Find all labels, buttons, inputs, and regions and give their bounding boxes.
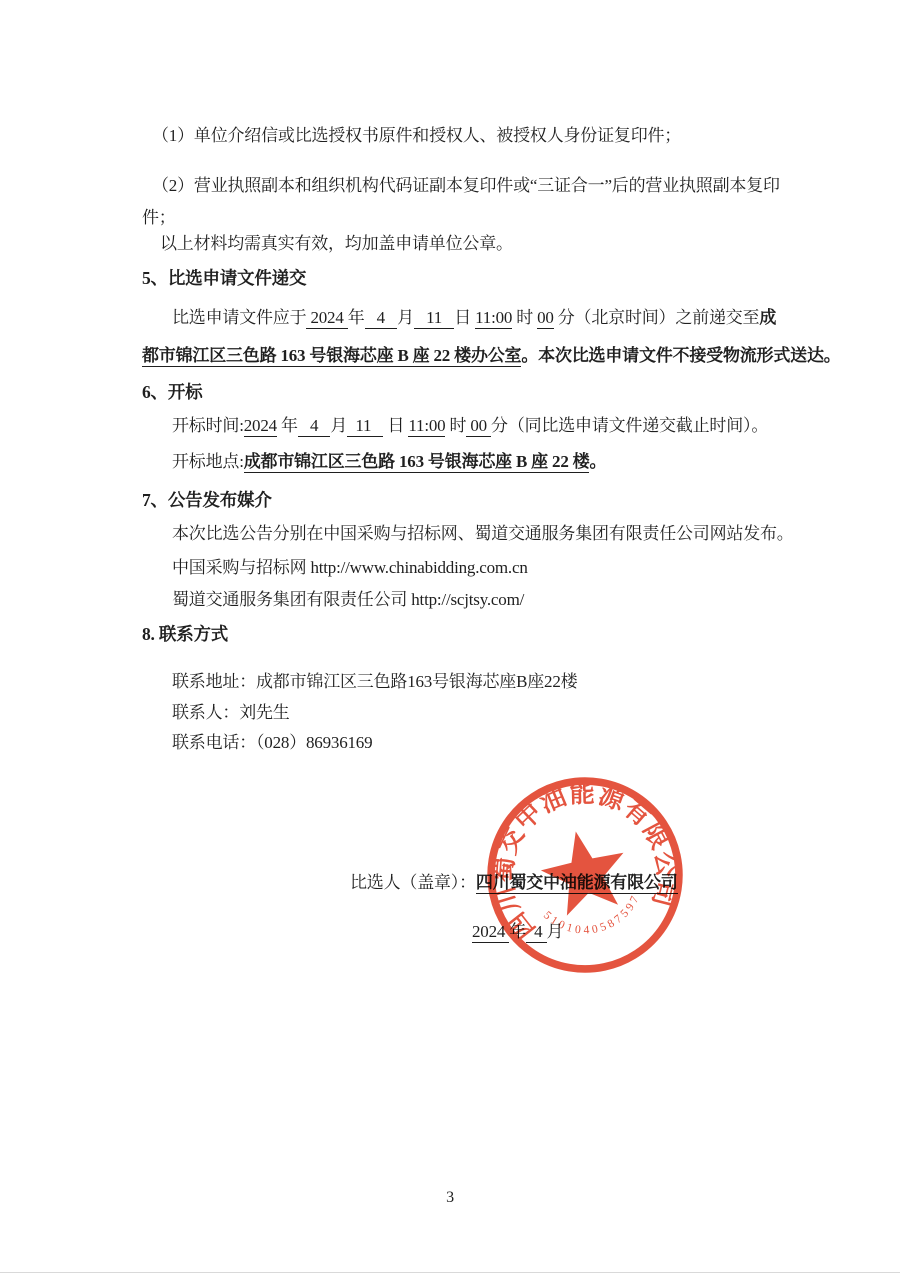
seal-number-text: 5101040587597 [539, 889, 648, 946]
text-segment: 开标地点: [172, 452, 244, 471]
text-segment: 分（同比选申请文件递交截止时间）。 [491, 416, 768, 435]
contact-person-line: 联系人：刘先生 [172, 701, 290, 725]
svg-text:5101040587597: 5101040587597 [539, 889, 648, 946]
text-segment: 年 [348, 308, 365, 327]
section-5-heading: 5、比选申请文件递交 [142, 266, 306, 290]
text-segment: 4 [365, 308, 398, 329]
text-segment: 比选申请文件应于 [172, 308, 306, 327]
text-segment: 联系地址：成都市锦江区三色路163号银海芯座B座22楼 [172, 672, 577, 691]
text-segment: 11:00 [408, 416, 445, 437]
text-segment: 11 [414, 308, 454, 329]
text-segment: 00 [466, 416, 491, 437]
text-segment: 联系人：刘先生 [172, 703, 290, 722]
document-page: （1）单位介绍信或比选授权书原件和授权人、被授权人身份证复印件； （2）营业执照… [0, 0, 900, 1273]
text-segment: （1）单位介绍信或比选授权书原件和授权人、被授权人身份证复印件； [152, 126, 681, 145]
contact-phone-line: 联系电话：（028）86936169 [172, 731, 372, 755]
text-segment: 成都市锦江区三色路 163 号银海芯座 B 座 22 楼 [244, 452, 590, 473]
text-segment: 4 [298, 416, 331, 437]
text-segment: 时 [512, 308, 537, 327]
bid-opening-place-line: 开标地点:成都市锦江区三色路 163 号银海芯座 B 座 22 楼。 [172, 450, 606, 474]
text-segment: 11:00 [475, 308, 512, 329]
contact-address-line: 联系地址：成都市锦江区三色路163号银海芯座B座22楼 [172, 670, 577, 694]
text-segment: 时 [445, 416, 466, 435]
text-segment: 本次比选申请文件不接受物流形式送达。 [538, 346, 840, 365]
text-segment: 日 [383, 416, 408, 435]
chinabidding-url-line: 中国采购与招标网 http://www.chinabidding.com.cn [172, 556, 528, 580]
bid-opening-time-line: 开标时间:2024 年 4 月 11 日 11:00 时 00 分（同比选申请文… [172, 414, 768, 438]
announcement-media-line: 本次比选公告分别在中国采购与招标网、蜀道交通服务集团有限责任公司网站发布。 [172, 522, 794, 546]
text-segment: 以上材料均需真实有效，均加盖申请单位公章。 [160, 234, 513, 253]
text-segment: 比选人（盖章）： [350, 873, 476, 892]
scjtsy-url-line: 蜀道交通服务集团有限责任公司 http://scjtsy.com/ [172, 588, 524, 612]
page-number: 3 [0, 1186, 900, 1210]
text-segment: 月 [330, 416, 347, 435]
company-seal: 四川蜀交中油能源有限公司 5101040587597 [484, 774, 686, 976]
section-5-para-line-2: 都市锦江区三色路 163 号银海芯座 B 座 22 楼办公室。本次比选申请文件不… [142, 344, 841, 368]
text-segment: 开标时间: [172, 416, 244, 435]
clause-item-2-line-2: 件； [142, 206, 176, 230]
section-7-heading: 7、公告发布媒介 [142, 488, 272, 512]
clause-note: 以上材料均需真实有效，均加盖申请单位公章。 [160, 232, 513, 256]
section-8-heading: 8. 联系方式 [142, 622, 228, 646]
text-segment: 联系电话：（028）86936169 [172, 733, 372, 752]
section-5-para-line-1: 比选申请文件应于 2024 年 4 月 11 日 11:00 时 00 分（北京… [172, 306, 776, 330]
section-6-heading: 6、开标 [142, 380, 202, 404]
text-segment: 本次比选公告分别在中国采购与招标网、蜀道交通服务集团有限责任公司网站发布。 [172, 524, 794, 543]
text-segment: 都市锦江区三色路 163 号银海芯座 B 座 22 楼办公室 [142, 346, 521, 367]
text-segment: 年 [277, 416, 298, 435]
clause-item-2-line-1: （2）营业执照副本和组织机构代码证副本复印件或“三证合一”后的营业执照副本复印 [152, 174, 780, 198]
text-segment: （2）营业执照副本和组织机构代码证副本复印件或“三证合一”后的营业执照副本复印 [152, 176, 780, 195]
text-segment: 2024 [306, 308, 347, 329]
text-segment: 成 [759, 308, 776, 327]
text-segment: 11 [347, 416, 383, 437]
text-segment: 月 [397, 308, 414, 327]
clause-item-1: （1）单位介绍信或比选授权书原件和授权人、被授权人身份证复印件； [152, 124, 681, 148]
text-segment: 中国采购与招标网 http://www.chinabidding.com.cn [172, 558, 528, 577]
text-segment: 蜀道交通服务集团有限责任公司 http://scjtsy.com/ [172, 590, 524, 609]
text-segment: 。 [589, 452, 606, 471]
text-segment: 件； [142, 208, 176, 227]
text-segment: 日 [454, 308, 475, 327]
text-segment: 。 [521, 346, 538, 365]
text-segment: 00 [537, 308, 554, 329]
text-segment: 分（北京时间）之前递交至 [554, 308, 760, 327]
text-segment: 2024 [244, 416, 277, 437]
seal-star-icon [534, 823, 633, 919]
